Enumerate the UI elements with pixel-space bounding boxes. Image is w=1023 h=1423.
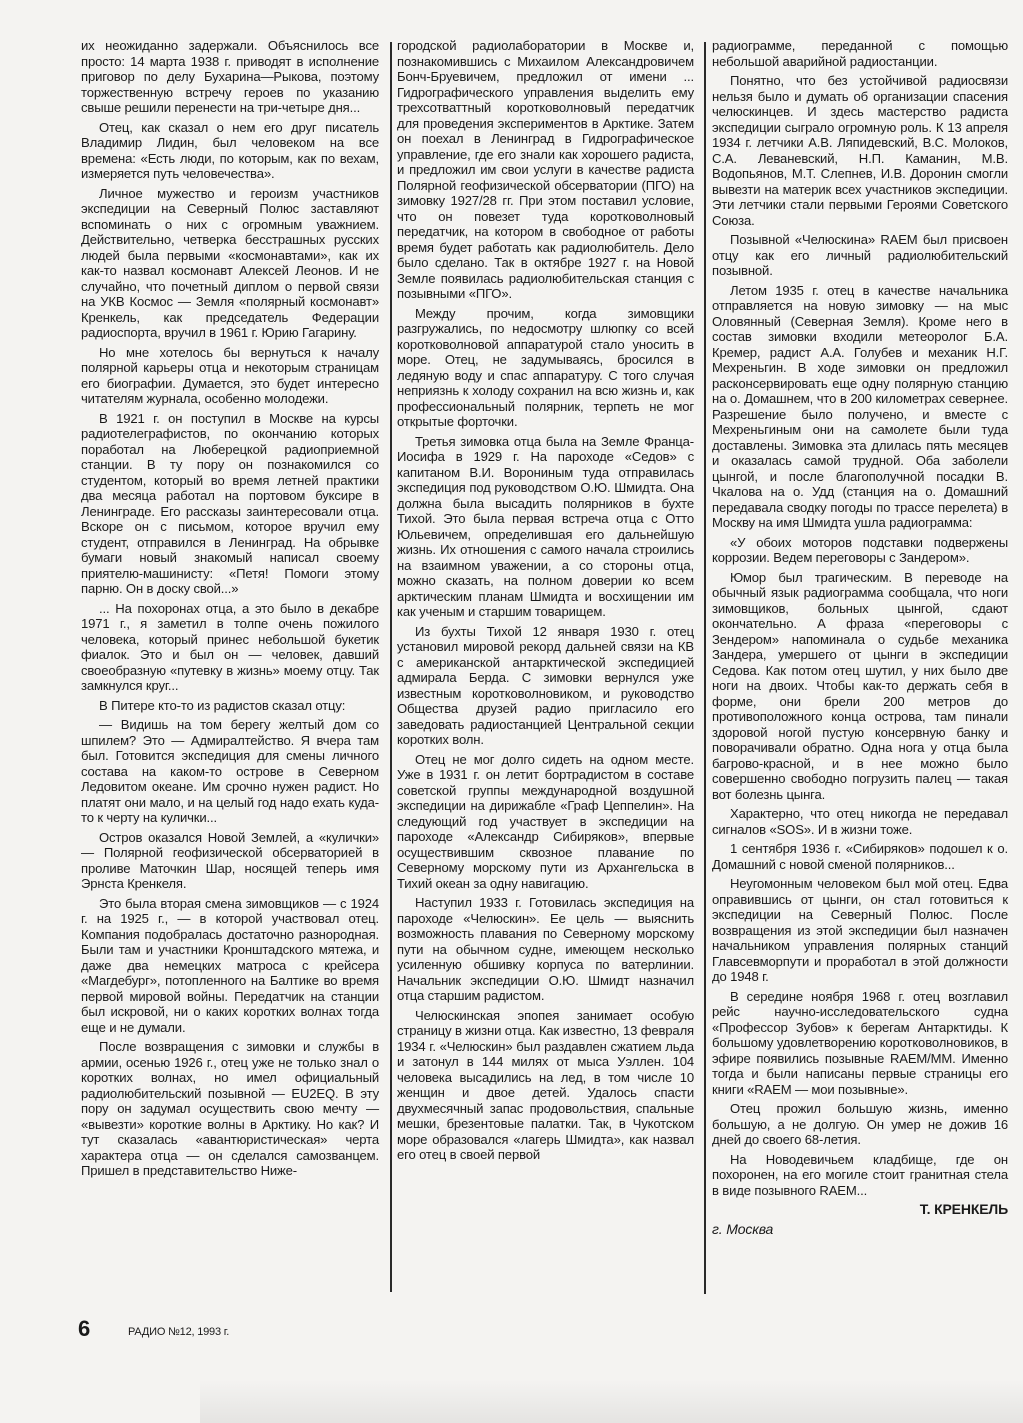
article-paragraph: Неугомонным человеком был мой отец. Едва… [712,876,1008,985]
article-paragraph: Позывной «Челюскина» RAEM был присвоен о… [712,232,1008,279]
article-paragraph: Отец не мог долго сидеть на одном месте.… [397,752,694,892]
article-paragraph: В 1921 г. он поступил в Москве на курсы … [81,411,379,597]
article-paragraph: их неожиданно задержали. Объяснилось все… [81,38,379,116]
article-column-2: городской радиолаборатории в Москве и, п… [397,38,694,1167]
article-paragraph: городской радиолаборатории в Москве и, п… [397,38,694,302]
article-paragraph: Летом 1935 г. отец в качестве начальника… [712,283,1008,531]
article-paragraph: Отец, как сказал о нем его друг писатель… [81,120,379,182]
page-number: 6 [78,1316,90,1342]
article-column-3: радиограмме, переданной с помощью неболь… [712,38,1008,1241]
article-paragraph: — Видишь на том берегу желтый дом со шпи… [81,717,379,826]
article-paragraph: Характерно, что отец никогда не передава… [712,806,1008,837]
author-location: г. Москва [712,1222,1008,1238]
article-paragraph: После возвращения с зимовки и службы в а… [81,1039,379,1179]
article-paragraph: радиограмме, переданной с помощью неболь… [712,38,1008,69]
article-paragraph: Отец прожил большую жизнь, именно большу… [712,1101,1008,1148]
article-paragraph: Понятно, что без устойчивой радиосвязи н… [712,73,1008,228]
article-paragraph: Остров оказался Новой Землей, а «кулички… [81,830,379,892]
scan-shadow [200,1380,1023,1423]
article-paragraph: 1 сентября 1936 г. «Сибиряков» подошел к… [712,841,1008,872]
article-paragraph: Между прочим, когда зимовщики разгружали… [397,306,694,430]
article-paragraph: Из бухты Тихой 12 января 1930 г. отец ус… [397,624,694,748]
column-divider [390,42,392,1292]
article-paragraph: Но мне хотелось бы вернуться к началу по… [81,345,379,407]
article-paragraph: ... На похоронах отца, а это было в дека… [81,601,379,694]
column-divider [704,42,706,1294]
article-paragraph: Наступил 1933 г. Готовилась экспедиция н… [397,895,694,1004]
article-column-1: их неожиданно задержали. Объяснилось все… [81,38,379,1183]
article-paragraph: Это была вторая смена зимовщиков — с 192… [81,896,379,1036]
magazine-page: их неожиданно задержали. Объяснилось все… [0,0,1023,1423]
magazine-issue: РАДИО №12, 1993 г. [128,1326,229,1338]
article-paragraph: Челюскинская эпопея занимает особую стра… [397,1008,694,1163]
article-paragraph: В середине ноября 1968 г. отец возглавил… [712,989,1008,1098]
article-paragraph: Юмор был трагическим. В переводе на обыч… [712,570,1008,803]
article-paragraph: Личное мужество и героизм участников экс… [81,186,379,341]
article-paragraph: В Питере кто-то из радистов сказал отцу: [81,698,379,714]
article-paragraph: Третья зимовка отца была на Земле Франца… [397,434,694,620]
article-paragraph: «У обоих моторов подставки подвержены ко… [712,535,1008,566]
author-signature: Т. КРЕНКЕЛЬ [712,1202,1008,1218]
article-paragraph: На Новодевичьем кладбище, где он похорон… [712,1152,1008,1199]
